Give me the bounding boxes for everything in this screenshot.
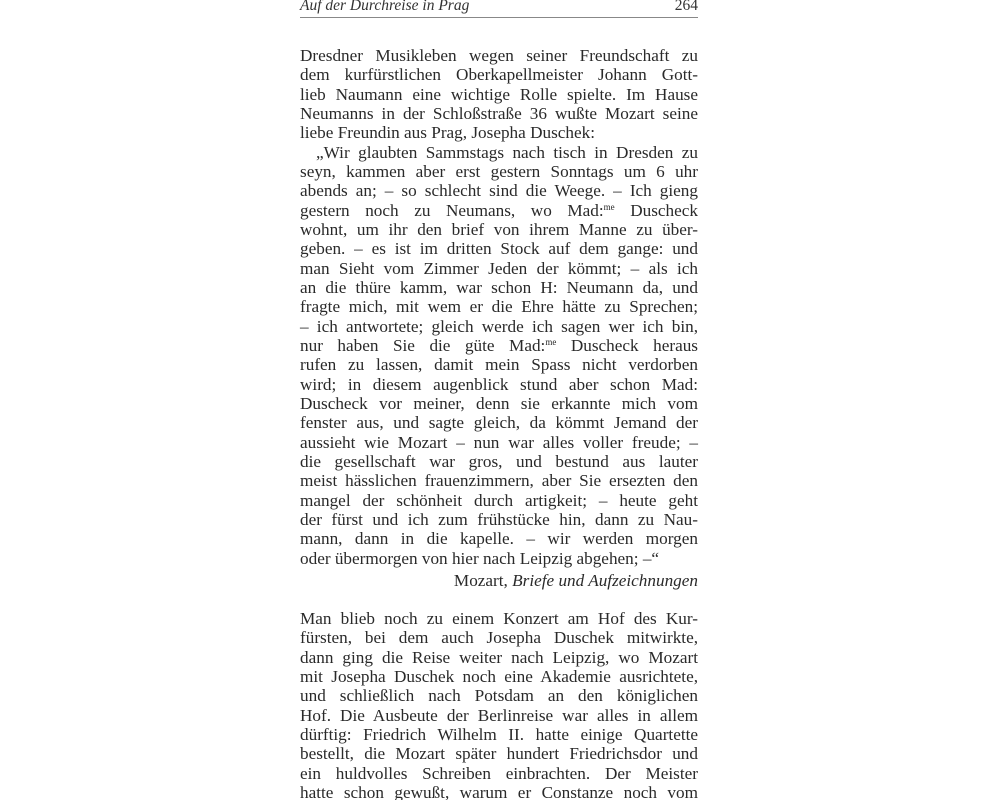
quote-line: abends an; – so schlecht sind die Weege.… [300,181,698,201]
text-line: ein huldvolles Schreiben einbrachten. De… [300,764,698,784]
text-line: mit Josepha Duschek noch eine Akademie a… [300,667,698,687]
quote-line: wird; in diesem augenblick stund aber sc… [300,375,698,395]
page-number: 264 [675,0,698,16]
quote-line: an die thüre kamm, war schon H: Neumann … [300,278,698,298]
text-line: dem kurfürstlichen Oberkapellmeister Joh… [300,65,698,85]
text-line: dürftig: Friedrich Wilhelm II. hatte ein… [300,725,698,745]
quote-line: der fürst und ich zum frühstücke hin, da… [300,510,698,530]
quote-attribution: Mozart, Briefe und Aufzeichnungen [300,571,698,591]
quote-line: seyn, kammen aber erst gestern Sonntags … [300,162,698,182]
text-line: und schließlich nach Potsdam an den köni… [300,686,698,706]
quote-line: man Sieht vom Zimmer Jeden der kömmt; – … [300,259,698,279]
attribution-author: Mozart, [454,571,508,590]
header-rule [300,17,698,18]
quote-line: oder übermorgen von hier nach Leipzig ab… [300,549,698,569]
quote-line: wohnt, um ihr den brief von ihrem Manne … [300,220,698,240]
quote-line: meist hässlichen frauenzimmern, aber Sie… [300,471,698,491]
quote-line: fenster aus, und sagte gleich, da kömmt … [300,413,698,433]
quote-line: fragte mich, mit wem er die Ehre hätte z… [300,297,698,317]
running-header: Auf der Durchreise in Prag 264 [300,0,698,16]
quote-line: die gesellschaft war gros, und bestund a… [300,452,698,472]
quote-line: mann, dann in die kapelle. – wir werden … [300,529,698,549]
text-line: dann ging die Reise weiter nach Leipzig,… [300,648,698,668]
text-line: Man blieb noch zu einem Konzert am Hof d… [300,609,698,629]
text-line: fürsten, bei dem auch Josepha Duschek mi… [300,628,698,648]
quote-line: „Wir glaubten Sammstags nach tisch in Dr… [300,143,698,163]
quote-line: nur haben Sie die güte Mad:me Duscheck h… [300,336,698,356]
quote-line: rufen zu lassen, damit mein Spass nicht … [300,355,698,375]
quote-line: – ich antwortete; gleich werde ich sagen… [300,317,698,337]
text-line: bestellt, die Mozart später hundert Frie… [300,744,698,764]
attribution-work: Briefe und Aufzeichnungen [512,571,698,590]
quote-line: Duscheck vor meiner, denn sie erkannte m… [300,394,698,414]
quote-line: aussieht wie Mozart – nun war alles voll… [300,433,698,453]
quote-line: gestern noch zu Neumans, wo Mad:me Dusch… [300,201,698,221]
text-line: Neumanns in der Schloßstraße 36 wußte Mo… [300,104,698,124]
text-line: hatte schon gewußt, warum er Constanze n… [300,783,698,800]
quote-line: mangel der schönheit durch artigkeit; – … [300,491,698,511]
text-line: Dresdner Musikleben wegen seiner Freunds… [300,46,698,66]
text-line: lieb Naumann eine wichtige Rolle spielte… [300,85,698,105]
quote-line: geben. – es ist im dritten Stock auf dem… [300,239,698,259]
running-title: Auf der Durchreise in Prag [300,0,469,16]
text-line: Hof. Die Ausbeute der Berlinreise war al… [300,706,698,726]
text-line: liebe Freundin aus Prag, Josepha Duschek… [300,123,698,143]
